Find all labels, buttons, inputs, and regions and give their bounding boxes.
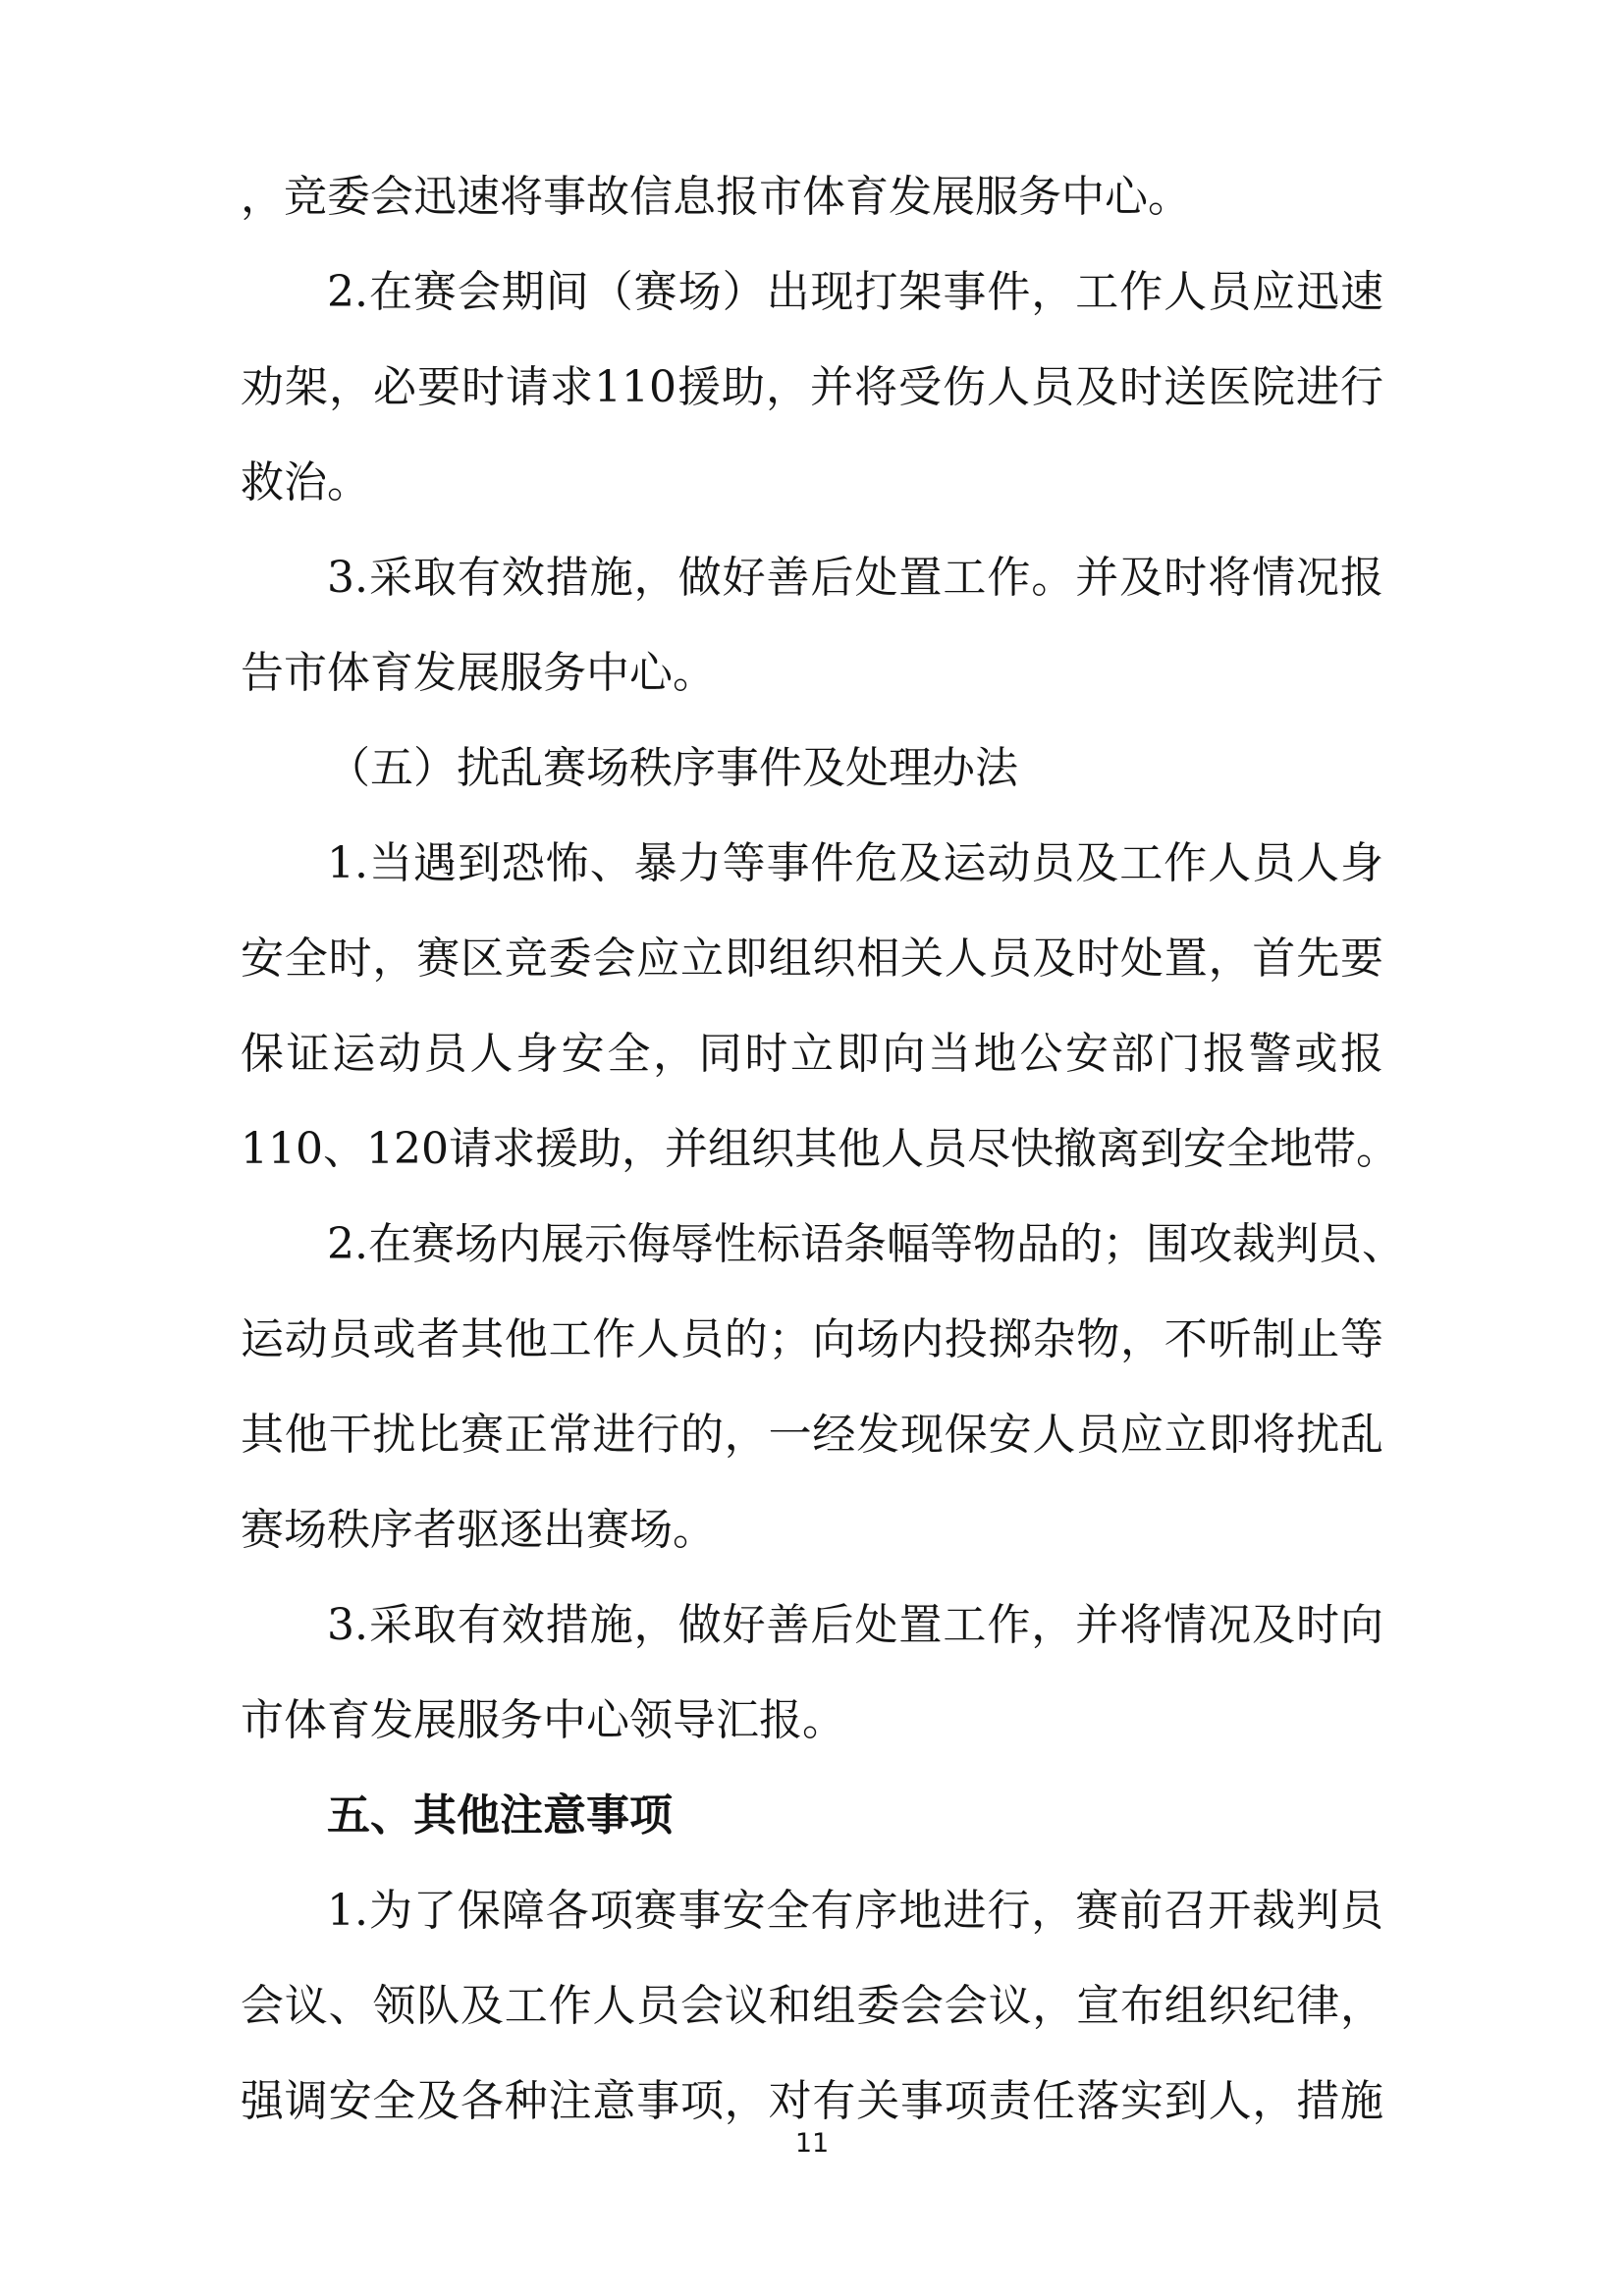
text-line: 2.在赛场内展示侮辱性标语条幅等物品的；围攻裁判员、 xyxy=(241,1197,1383,1292)
text-line: 110、120请求援助，并组织其他人员尽快撤离到安全地带。 xyxy=(241,1101,1383,1197)
page-number: 11 xyxy=(0,2123,1624,2164)
document-body: ，竞委会迅速将事故信息报市体育发展服务中心。 2.在赛会期间（赛场）出现打架事件… xyxy=(241,149,1383,2149)
section-heading: 五、其他注意事项 xyxy=(241,1768,1383,1863)
document-page: ，竞委会迅速将事故信息报市体育发展服务中心。 2.在赛会期间（赛场）出现打架事件… xyxy=(0,0,1624,2296)
text-line: 市体育发展服务中心领导汇报。 xyxy=(241,1673,1383,1768)
text-line: 赛场秩序者驱逐出赛场。 xyxy=(241,1482,1383,1577)
text-line: 1.为了保障各项赛事安全有序地进行，赛前召开裁判员 xyxy=(241,1863,1383,1958)
text-line: 1.当遇到恐怖、暴力等事件危及运动员及工作人员人身 xyxy=(241,816,1383,911)
text-line: 3.采取有效措施，做好善后处置工作，并将情况及时向 xyxy=(241,1577,1383,1673)
subsection-title: （五）扰乱赛场秩序事件及处理办法 xyxy=(241,721,1383,816)
text-line: 告市体育发展服务中心。 xyxy=(241,625,1383,721)
text-line: 运动员或者其他工作人员的；向场内投掷杂物，不听制止等 xyxy=(241,1292,1383,1387)
text-line: ，竞委会迅速将事故信息报市体育发展服务中心。 xyxy=(241,149,1383,244)
text-line: 安全时，赛区竞委会应立即组织相关人员及时处置，首先要 xyxy=(241,911,1383,1006)
text-line: 2.在赛会期间（赛场）出现打架事件，工作人员应迅速 xyxy=(241,244,1383,340)
text-line: 其他干扰比赛正常进行的，一经发现保安人员应立即将扰乱 xyxy=(241,1387,1383,1482)
text-line: 3.采取有效措施，做好善后处置工作。并及时将情况报 xyxy=(241,530,1383,625)
text-line: 会议、领队及工作人员会议和组委会会议，宣布组织纪律， xyxy=(241,1958,1383,2054)
text-line: 保证运动员人身安全，同时立即向当地公安部门报警或报 xyxy=(241,1006,1383,1101)
text-line: 救治。 xyxy=(241,435,1383,530)
text-line: 劝架，必要时请求110援助，并将受伤人员及时送医院进行 xyxy=(241,340,1383,435)
